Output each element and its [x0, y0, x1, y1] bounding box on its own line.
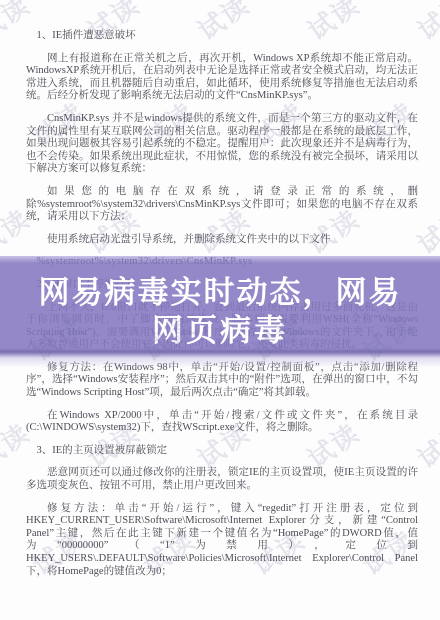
section-heading-1: 1、IE插件遭恶意破坏 — [26, 30, 418, 43]
paragraph: 修复方法：单击“开始/运行”，键入“regedit”打开注册表，定位到HKEY_… — [26, 503, 418, 579]
paragraph: CnsMinKP.sys 并不是windows提供的系统文件，而是一个第三方的驱… — [26, 113, 418, 176]
banner-title-line1: 网易病毒实时动态，网易 — [0, 276, 440, 310]
paragraph: 恶意网页还可以通过修改你的注册表，锁定IE的主页设置项，使IE主页设置的许多选项… — [26, 467, 418, 492]
paragraph: 在Windows XP/2000中，单击“开始/搜索/文件或文件夹”，在系统目录… — [26, 410, 418, 435]
title-banner: 网易病毒实时动态，网易 网页病毒 — [0, 256, 440, 368]
document-page: 1、IE插件遭恶意破坏 网上有报道称在正常关机之后，再次开机，Windows X… — [0, 0, 440, 620]
paragraph: 使用系统启动光盘引导系统，并删除系统文件夹中的以下文件 — [26, 234, 418, 247]
paragraph: 网上有报道称在正常关机之后，再次开机，Windows XP系统却不能正常启动。W… — [26, 53, 418, 103]
banner-title-line2: 网页病毒 — [0, 314, 440, 348]
section-heading-3: 3、IE的主页设置被屏蔽锁定 — [26, 445, 418, 458]
paragraph: 如果您的电脑存在双系统，请登录正常的系统，删除%systemroot%\syst… — [26, 186, 418, 224]
